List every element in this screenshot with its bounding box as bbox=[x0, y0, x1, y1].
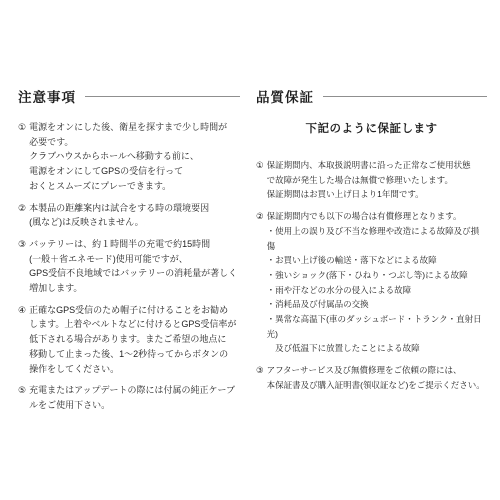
item-text: アフターサービス及び無償修理をご依頼の際には、 本保証書及び購入証明書(領収証な… bbox=[267, 363, 485, 392]
item-text: 電源をオンにした後、衛星を探すまで少し時間が 必要です。 クラブハウスからホール… bbox=[29, 120, 227, 194]
precautions-header: 注意事項 bbox=[18, 86, 240, 106]
precaution-item-3: ③ バッテリーは、約１時間半の充電で約15時間 (一般＋省エネモード)使用可能で… bbox=[18, 237, 240, 296]
divider-line bbox=[85, 96, 240, 97]
warranty-header: 品質保証 bbox=[256, 86, 487, 106]
item-number: ④ bbox=[18, 303, 26, 318]
item-number: ③ bbox=[256, 363, 264, 378]
item-number: ② bbox=[256, 209, 264, 224]
item-text: 正確なGPS受信のため帽子に付けることをお勧め します。上着やベルトなどに付ける… bbox=[29, 303, 236, 377]
item-text: バッテリーは、約１時間半の充電で約15時間 (一般＋省エネモード)使用可能ですが… bbox=[29, 237, 237, 296]
item-number: ⑤ bbox=[18, 383, 26, 398]
item-number: ③ bbox=[18, 237, 26, 252]
item-number: ① bbox=[256, 158, 264, 173]
precautions-title: 注意事項 bbox=[18, 86, 76, 106]
item-number: ② bbox=[18, 201, 26, 216]
precaution-item-1: ① 電源をオンにした後、衛星を探すまで少し時間が 必要です。 クラブハウスからホ… bbox=[18, 120, 240, 194]
warranty-section: 品質保証 下記のように保証します ① 保証期間内、本取扱説明書に沿った正常なご使… bbox=[256, 86, 487, 400]
precaution-item-2: ② 本製品の距離案内は試合をする時の環境要因 (風など)は反映されません。 bbox=[18, 201, 240, 230]
warranty-item-2: ② 保証期間内でも以下の場合は有償修理となります。 ・使用上の誤り及び不当な修理… bbox=[256, 209, 487, 356]
item-text: 充電またはアップデートの際には付属の純正ケーブ ルをご使用下さい。 bbox=[29, 383, 235, 412]
manual-page: 注意事項 ① 電源をオンにした後、衛星を探すまで少し時間が 必要です。 クラブハ… bbox=[0, 0, 500, 500]
warranty-title: 品質保証 bbox=[256, 86, 314, 106]
divider-line bbox=[323, 96, 487, 97]
item-text: 保証期間内、本取扱説明書に沿った正常なご使用状態 で故障が発生した場合は無償で修… bbox=[267, 158, 471, 202]
precaution-item-4: ④ 正確なGPS受信のため帽子に付けることをお勧め します。上着やベルトなどに付… bbox=[18, 303, 240, 377]
precaution-item-5: ⑤ 充電またはアップデートの際には付属の純正ケーブ ルをご使用下さい。 bbox=[18, 383, 240, 412]
item-text: 保証期間内でも以下の場合は有償修理となります。 ・使用上の誤り及び不当な修理や改… bbox=[267, 209, 487, 356]
warranty-item-3: ③ アフターサービス及び無償修理をご依頼の際には、 本保証書及び購入証明書(領収… bbox=[256, 363, 487, 392]
precautions-section: 注意事項 ① 電源をオンにした後、衛星を探すまで少し時間が 必要です。 クラブハ… bbox=[18, 86, 240, 420]
item-number: ① bbox=[18, 120, 26, 135]
warranty-subtitle: 下記のように保証します bbox=[256, 120, 487, 136]
item-text: 本製品の距離案内は試合をする時の環境要因 (風など)は反映されません。 bbox=[29, 201, 209, 230]
warranty-item-1: ① 保証期間内、本取扱説明書に沿った正常なご使用状態 で故障が発生した場合は無償… bbox=[256, 158, 487, 202]
